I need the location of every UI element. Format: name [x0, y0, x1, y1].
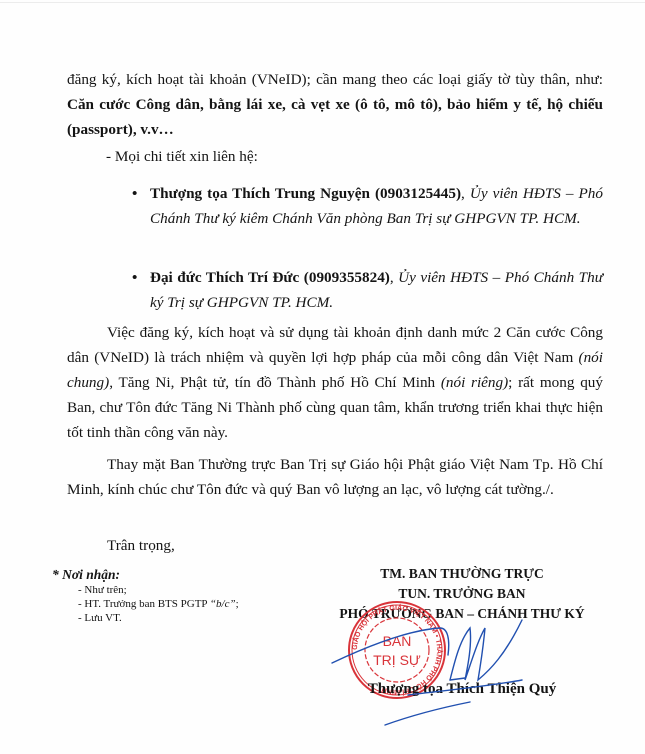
contact-item: • Thượng tọa Thích Trung Nguyện (0903125… [150, 181, 603, 231]
contact-name-phone: Thượng tọa Thích Trung Nguyện (090312544… [150, 185, 461, 202]
recipient-text: - Lưu VT. [78, 612, 122, 624]
separator: , [390, 269, 398, 286]
page-edge [0, 2, 645, 3]
separator: , [461, 185, 470, 202]
recipient-text: - Như trên; [78, 584, 127, 596]
closing-greeting: Trân trọng, [107, 533, 175, 558]
text-run: Việc đăng ký, kích hoạt và sử dụng tài k… [67, 324, 603, 366]
svg-text:BAN: BAN [383, 633, 412, 649]
text-line: đăng ký, kích hoạt tài khoản (VNeID); cầ… [67, 71, 570, 88]
recipient-item: - Lưu VT. [78, 611, 239, 625]
recipient-item: - HT. Trưởng ban BTS PGTP “b/c”; [78, 597, 239, 611]
contact-item: • Đại đức Thích Trí Đức (0909355824), Ủy… [150, 265, 603, 315]
bullet-icon: • [132, 181, 137, 206]
recipients-list: - Như trên; - HT. Trưởng ban BTS PGTP “b… [52, 583, 239, 625]
contact-intro: - Mọi chi tiết xin liên hệ: [106, 144, 258, 169]
recipients-block: * Nơi nhận: - Như trên; - HT. Trưởng ban… [52, 567, 239, 625]
recipient-item: - Như trên; [78, 583, 239, 597]
paragraph-wishes: Thay mặt Ban Thường trực Ban Trị sự Giáo… [67, 452, 603, 502]
document-page: đăng ký, kích hoạt tài khoản (VNeID); cầ… [0, 0, 645, 754]
text-run-italic: (nói riêng) [441, 374, 508, 391]
svg-text:TRỊ SỰ: TRỊ SỰ [373, 652, 421, 668]
recipient-note: “b/c” [210, 598, 236, 610]
signer-name: Thượng tọa Thích Thiện Quý [312, 681, 612, 698]
recipients-title: * Nơi nhận: [52, 567, 239, 583]
required-documents-list: Căn cước Công dân, bằng lái xe, cà vẹt x… [67, 96, 603, 138]
text-run: , Tăng Ni, Phật tử, tín đồ Thành phố Hồ … [109, 374, 441, 391]
recipient-suffix: ; [236, 598, 239, 610]
contact-name-phone: Đại đức Thích Trí Đức (0909355824) [150, 269, 390, 286]
recipient-text: - HT. Trưởng ban BTS PGTP [78, 598, 210, 610]
paragraph-id-requirements: đăng ký, kích hoạt tài khoản (VNeID); cầ… [67, 67, 603, 142]
paragraph-responsibility: Việc đăng ký, kích hoạt và sử dụng tài k… [67, 320, 603, 445]
bullet-icon: • [132, 265, 137, 290]
signature-title-line: TM. BAN THƯỜNG TRỰC [312, 564, 612, 584]
text-prefix: như: [575, 71, 603, 88]
